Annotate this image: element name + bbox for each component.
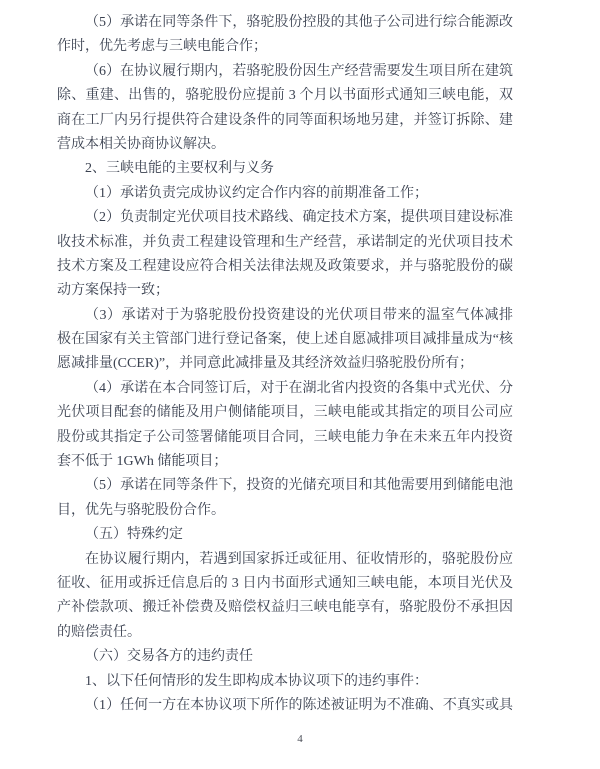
text-line: 除、重建、出售的，骆驼股份应提前 3 个月以书面形式通知三峡电能，双方可协 — [57, 84, 513, 108]
text-line: （1）承诺负责完成协议约定合作内容的前期准备工作； — [57, 182, 513, 206]
text-line: 套不低于 1GWh 储能项目； — [57, 450, 513, 474]
text-line: 商在工厂内另行提供符合建设条件的同等面积场地另建，并签订拆除、建设、运 — [57, 109, 513, 133]
text-line: 动方案保持一致； — [57, 279, 513, 303]
text-line: 技术方案及工程建设应符合相关法律法规及政策要求，并与骆驼股份的碳减排行 — [57, 255, 513, 279]
text-line: 1、以下任何情形的发生即构成本协议项下的违约事件： — [57, 670, 513, 694]
text-line: 愿减排量(CCER)”，并同意此减排量及其经济效益归骆驼股份所有； — [57, 352, 513, 376]
text-line: 征收、征用或拆迁信息后的 3 日内书面形式通知三峡电能，本项目光伏及储能资 — [57, 572, 513, 596]
text-line: 极在国家有关主管部门进行登记备案，使上述自愿减排项目减排量成为“核证自 — [57, 328, 513, 352]
text-line: （5）承诺在同等条件下，投资的光储充项目和其他需要用到储能电池的项 — [57, 474, 513, 498]
text-line: 光伏项目配套的储能及用户侧储能项目，三峡电能或其指定的项目公司应与骆驼 — [57, 401, 513, 425]
text-line: （4）承诺在本合同签订后，对于在湖北省内投资的各集中式光伏、分布式 — [57, 377, 513, 401]
page-number: 4 — [0, 733, 600, 745]
text-line: 股份或其指定子公司签署储能项目合同，三峡电能力争在未来五年内投资实施配 — [57, 426, 513, 450]
text-line: （1）任何一方在本协议项下所作的陈述被证明为不准确、不真实或具有误 — [57, 694, 513, 718]
text-line: （六）交易各方的违约责任 — [57, 645, 513, 669]
text-line: （3）承诺对于为骆驼股份投资建设的光伏项目带来的温室气体减排量，积 — [57, 304, 513, 328]
text-line: （五）特殊约定 — [57, 523, 513, 547]
text-line: （2）负责制定光伏项目技术路线、确定技术方案，提供项目建设标准和验 — [57, 206, 513, 230]
text-line: 收技术标准，并负责工程建设管理和生产经营，承诺制定的光伏项目技术路线、 — [57, 231, 513, 255]
text-line: 目，优先与骆驼股份合作。 — [57, 499, 513, 523]
text-line: 2、三峡电能的主要权利与义务 — [57, 157, 513, 181]
text-line: 作时，优先考虑与三峡电能合作； — [57, 35, 513, 59]
text-line: 营成本相关协商协议解决。 — [57, 133, 513, 157]
text-line: 在协议履行期内，若遇到国家拆迁或征用、征收情形的，骆驼股份应在征得 — [57, 548, 513, 572]
text-line: 产补偿款项、搬迁补偿费及赔偿权益归三峡电能享有，骆驼股份不承担因此产生 — [57, 596, 513, 620]
text-line: 的赔偿责任。 — [57, 621, 513, 645]
text-line: （5）承诺在同等条件下，骆驼股份控股的其他子公司进行综合能源改造工 — [57, 11, 513, 35]
document-page-body: （5）承诺在同等条件下，骆驼股份控股的其他子公司进行综合能源改造工 作时，优先考… — [57, 11, 513, 718]
text-line: （6）在协议履行期内，若骆驼股份因生产经营需要发生项目所在建筑物拆 — [57, 60, 513, 84]
